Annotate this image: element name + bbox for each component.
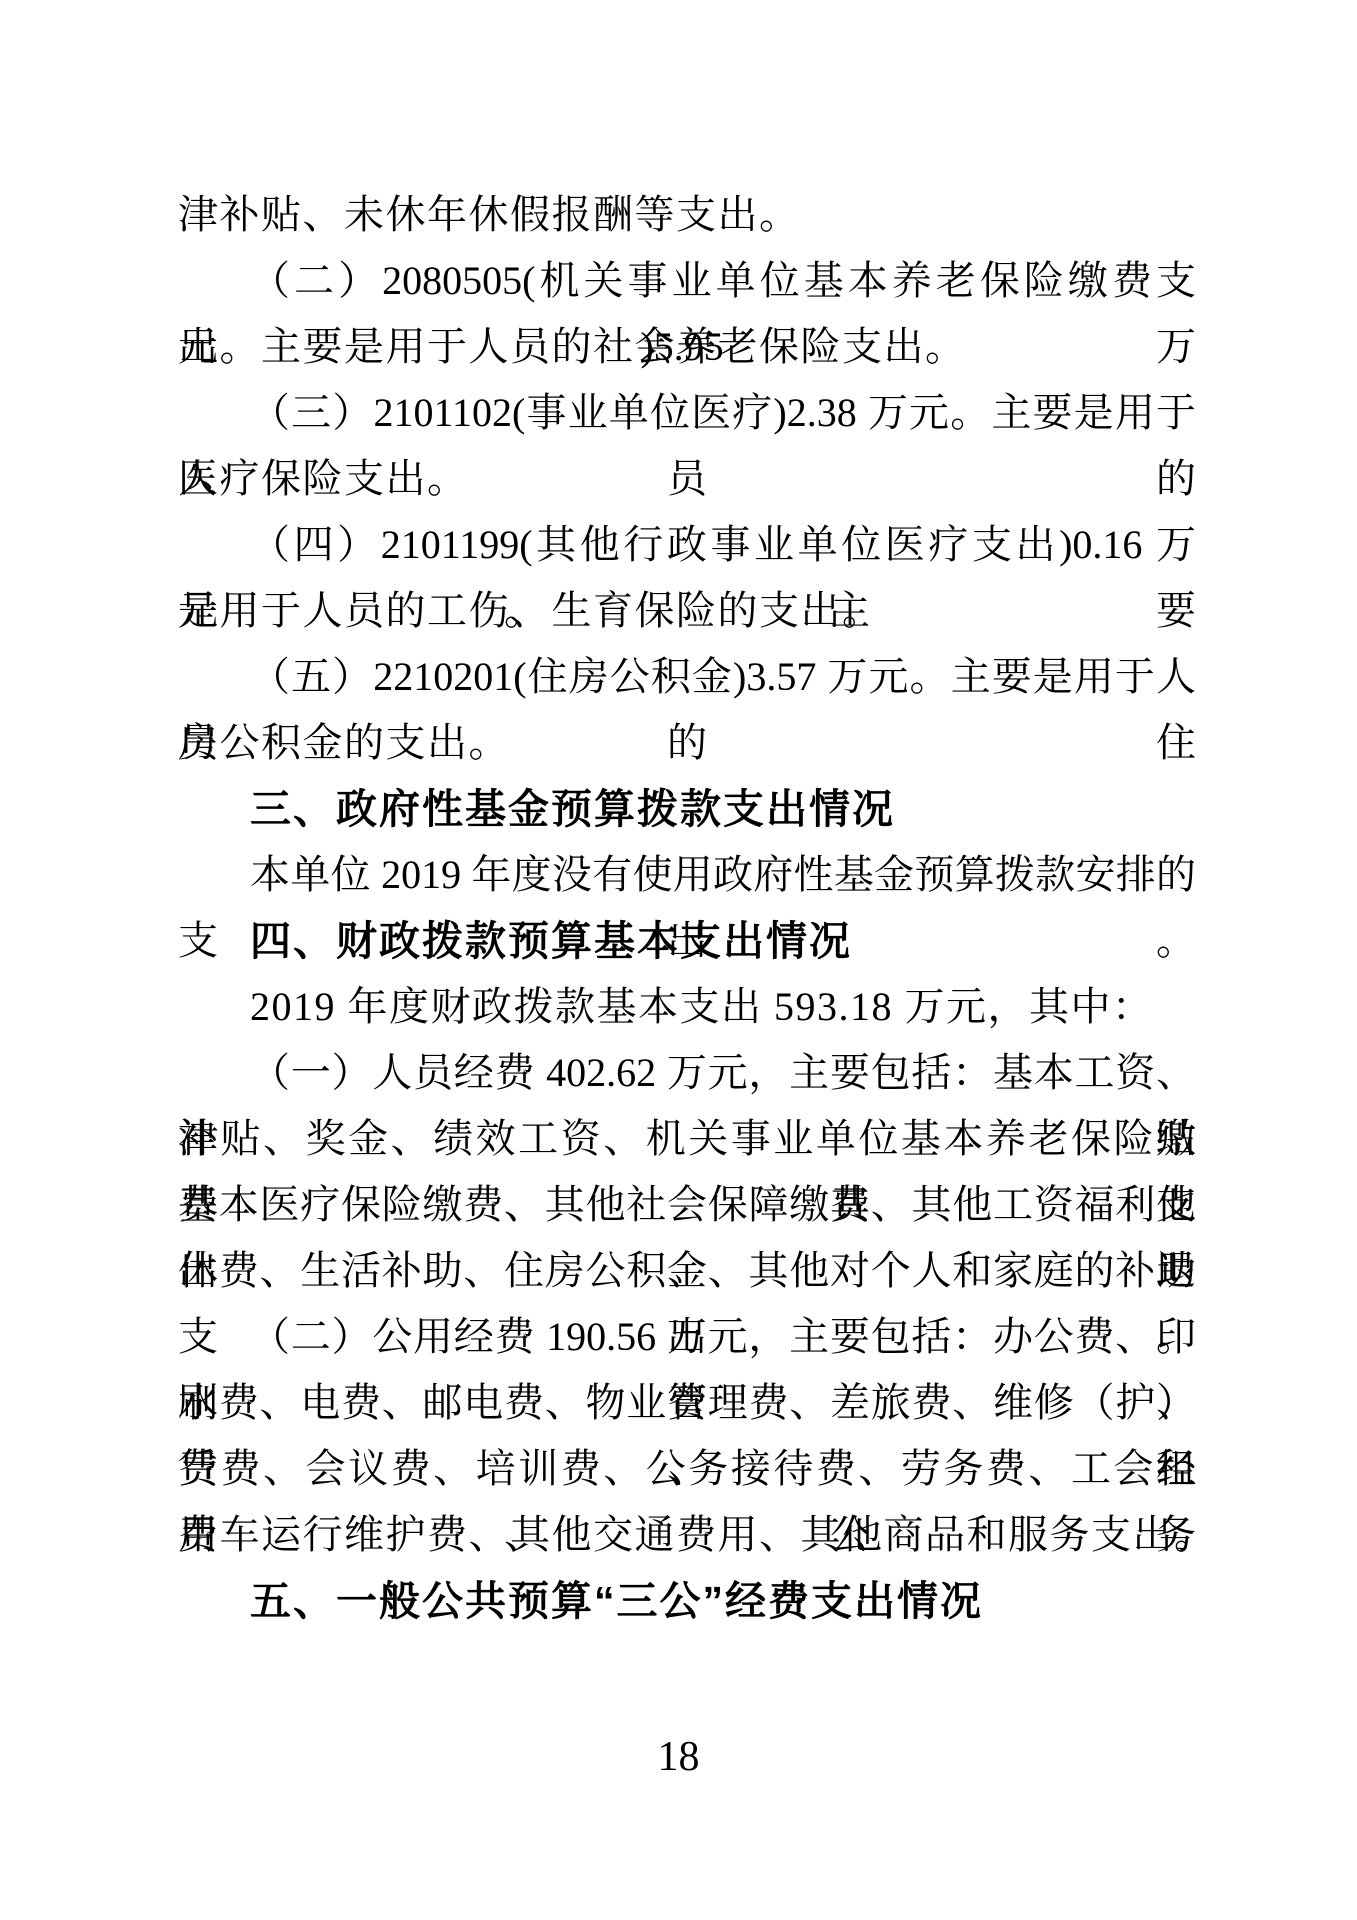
- section-heading-3: 三、政府性基金预算拨款支出情况: [178, 776, 1196, 842]
- paragraph-line: （一）人员经费 402.62 万元，主要包括：基本工资、津贴: [178, 1040, 1196, 1106]
- paragraph-line: 基本医疗保险缴费、其他社会保障缴费、其他工资福利支出、退: [178, 1172, 1196, 1238]
- section-heading-5: 五、一般公共预算“三公”经费支出情况: [178, 1568, 1196, 1634]
- paragraph-line: 2019 年度财政拨款基本支出 593.18 万元，其中：: [178, 974, 1196, 1040]
- paragraph-line: 休费、生活补助、住房公积金、其他对个人和家庭的补助支出。: [178, 1238, 1196, 1304]
- paragraph-line: （二）公用经费 190.56 万元，主要包括：办公费、印刷费、: [178, 1304, 1196, 1370]
- paragraph-line: 用车运行维护费、其他交通费用、其他商品和服务支出。: [178, 1502, 1196, 1568]
- paragraph-line: 水费、电费、邮电费、物业管理费、差旅费、维修（护）费、租: [178, 1370, 1196, 1436]
- paragraph-line: 赁费、会议费、培训费、公务接待费、劳务费、工会经费、公务: [178, 1436, 1196, 1502]
- document-page: 津补贴、未休年休假报酬等支出。 （二）2080505(机关事业单位基本养老保险缴…: [0, 0, 1357, 1920]
- paragraph-line: （二）2080505(机关事业单位基本养老保险缴费支出)5.95 万: [178, 248, 1196, 314]
- paragraph-line: 补贴、奖金、绩效工资、机关事业单位基本养老保险缴费、其他: [178, 1106, 1196, 1172]
- page-number: 18: [0, 1724, 1357, 1790]
- paragraph-line: （四）2101199(其他行政事业单位医疗支出)0.16 万元。主要: [178, 512, 1196, 578]
- body-text-block: 津补贴、未休年休假报酬等支出。 （二）2080505(机关事业单位基本养老保险缴…: [178, 182, 1196, 1634]
- paragraph-line: 津补贴、未休年休假报酬等支出。: [178, 182, 1196, 248]
- paragraph-line: （三）2101102(事业单位医疗)2.38 万元。主要是用于人员的: [178, 380, 1196, 446]
- paragraph-line: 本单位 2019 年度没有使用政府性基金预算拨款安排的支出。: [178, 842, 1196, 908]
- paragraph-line: （五）2210201(住房公积金)3.57 万元。主要是用于人员的住: [178, 644, 1196, 710]
